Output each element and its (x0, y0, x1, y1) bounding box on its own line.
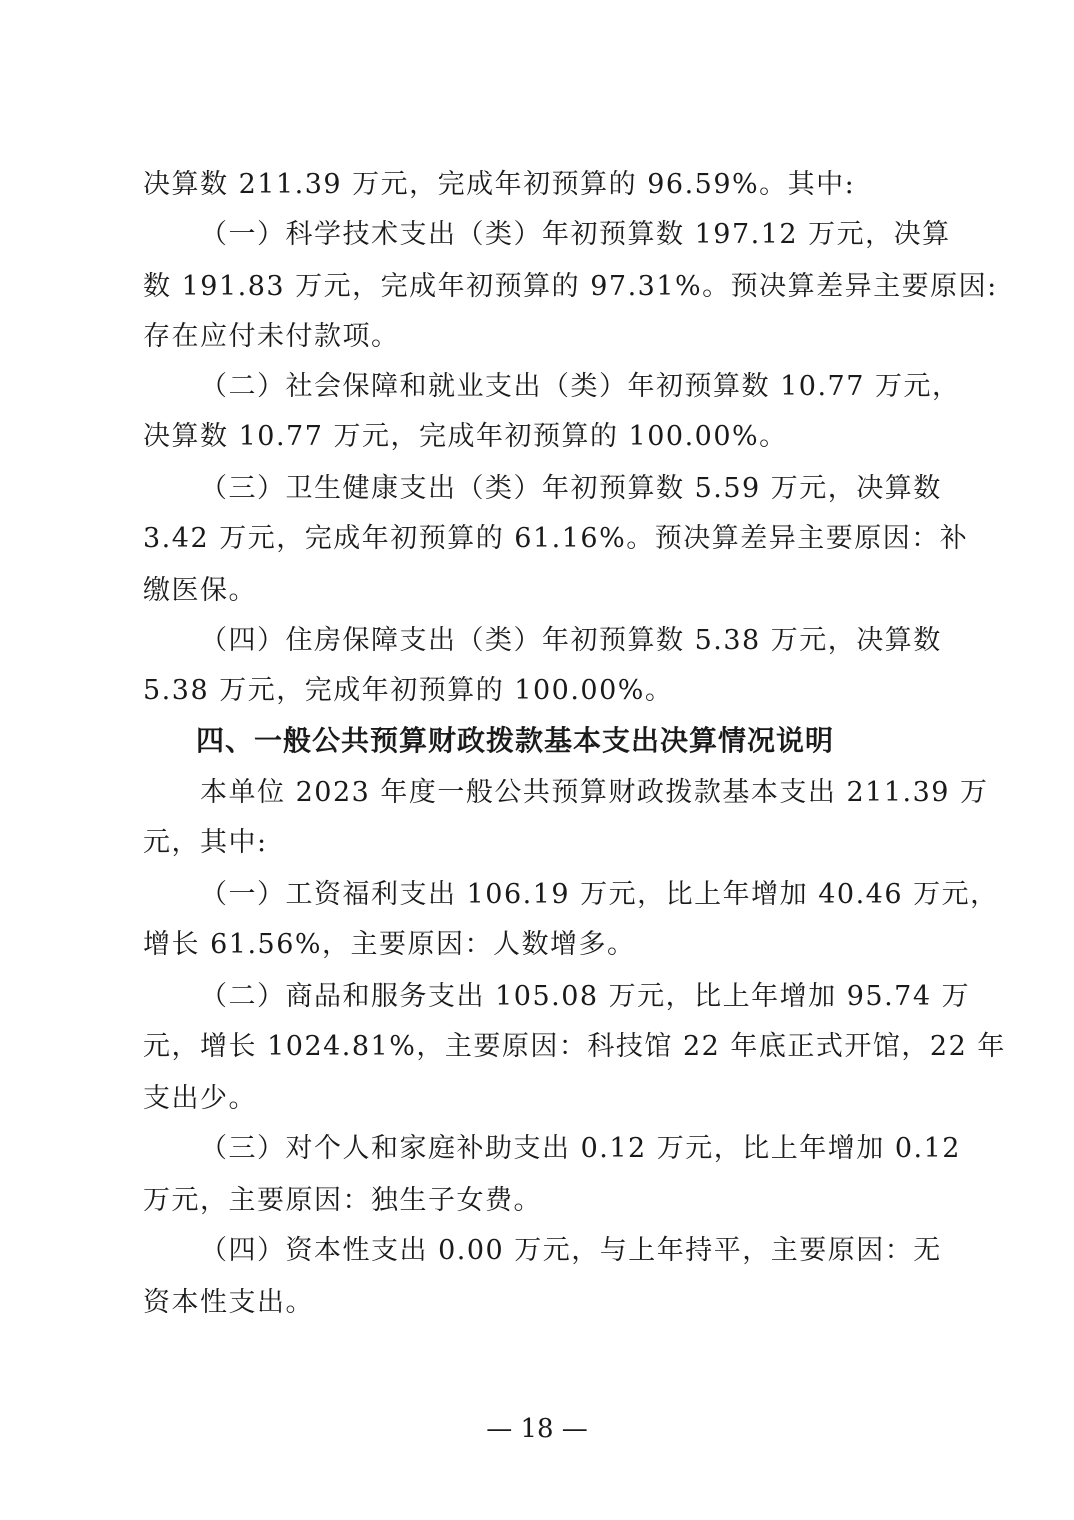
paragraph-line: （三）卫生健康支出（类）年初预算数 5.59 万元，决算数 (200, 472, 940, 506)
paragraph-line: 资本性支出。 (143, 1286, 943, 1320)
paragraph-line: （四）住房保障支出（类）年初预算数 5.38 万元，决算数 (200, 624, 940, 658)
paragraph-line: 缴医保。 (143, 574, 943, 608)
paragraph-line: 决算数 10.77 万元，完成年初预算的 100.00%。 (143, 420, 943, 454)
paragraph-line: 元，其中: (143, 826, 943, 860)
paragraph-line: 本单位 2023 年度一般公共预算财政拨款基本支出 211.39 万 (200, 776, 940, 810)
paragraph-line: （一）工资福利支出 106.19 万元，比上年增加 40.46 万元， (200, 878, 940, 912)
section-heading: 四、一般公共预算财政拨款基本支出决算情况说明 (196, 724, 834, 758)
document-page: 决算数 211.39 万元，完成年初预算的 96.59%。其中: （一）科学技术… (0, 0, 1074, 1520)
paragraph-line: （一）科学技术支出（类）年初预算数 197.12 万元，决算 (200, 218, 940, 252)
paragraph-line: 3.42 万元，完成年初预算的 61.16%。预决算差异主要原因：补 (143, 522, 943, 556)
paragraph-line: 增长 61.56%，主要原因：人数增多。 (143, 928, 943, 962)
paragraph-line: （二）社会保障和就业支出（类）年初预算数 10.77 万元， (200, 370, 940, 404)
paragraph-line: 元，增长 1024.81%，主要原因：科技馆 22 年底正式开馆，22 年 (143, 1030, 943, 1064)
paragraph-line: （四）资本性支出 0.00 万元，与上年持平，主要原因：无 (200, 1234, 940, 1268)
paragraph-line: 万元，主要原因：独生子女费。 (143, 1184, 943, 1218)
paragraph-line: （二）商品和服务支出 105.08 万元，比上年增加 95.74 万 (200, 980, 940, 1014)
paragraph-line: 存在应付未付款项。 (143, 320, 943, 354)
paragraph-line: 支出少。 (143, 1082, 943, 1116)
page-number: — 18 — (0, 1412, 1074, 1446)
paragraph-line: （三）对个人和家庭补助支出 0.12 万元，比上年增加 0.12 (200, 1132, 940, 1166)
paragraph-line: 5.38 万元，完成年初预算的 100.00%。 (143, 674, 943, 708)
paragraph-line: 数 191.83 万元，完成年初预算的 97.31%。预决算差异主要原因: (143, 270, 943, 304)
paragraph-line: 决算数 211.39 万元，完成年初预算的 96.59%。其中: (143, 168, 943, 202)
